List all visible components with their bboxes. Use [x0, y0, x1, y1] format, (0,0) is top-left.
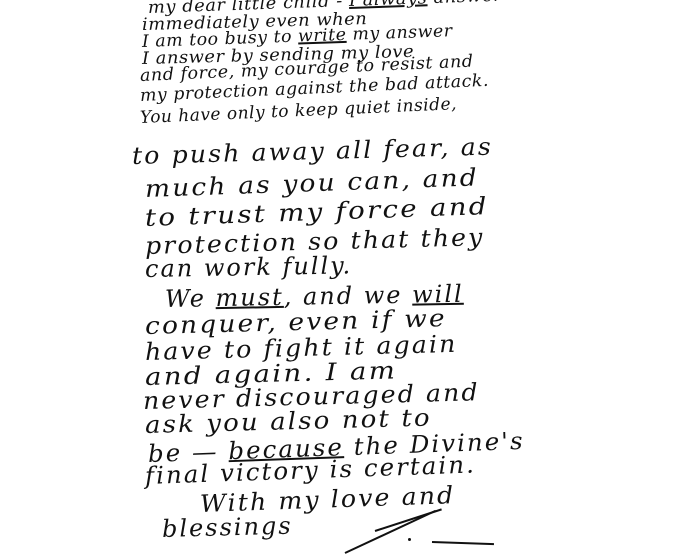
letter-line-12: can work fully.: [145, 251, 353, 283]
signature-flourish: [345, 510, 436, 554]
signature-underline: [432, 541, 494, 545]
signature-dot: [408, 538, 411, 541]
letter-closing: blessings: [162, 512, 293, 543]
letter-page: my dear little child - I always answer i…: [0, 0, 691, 558]
